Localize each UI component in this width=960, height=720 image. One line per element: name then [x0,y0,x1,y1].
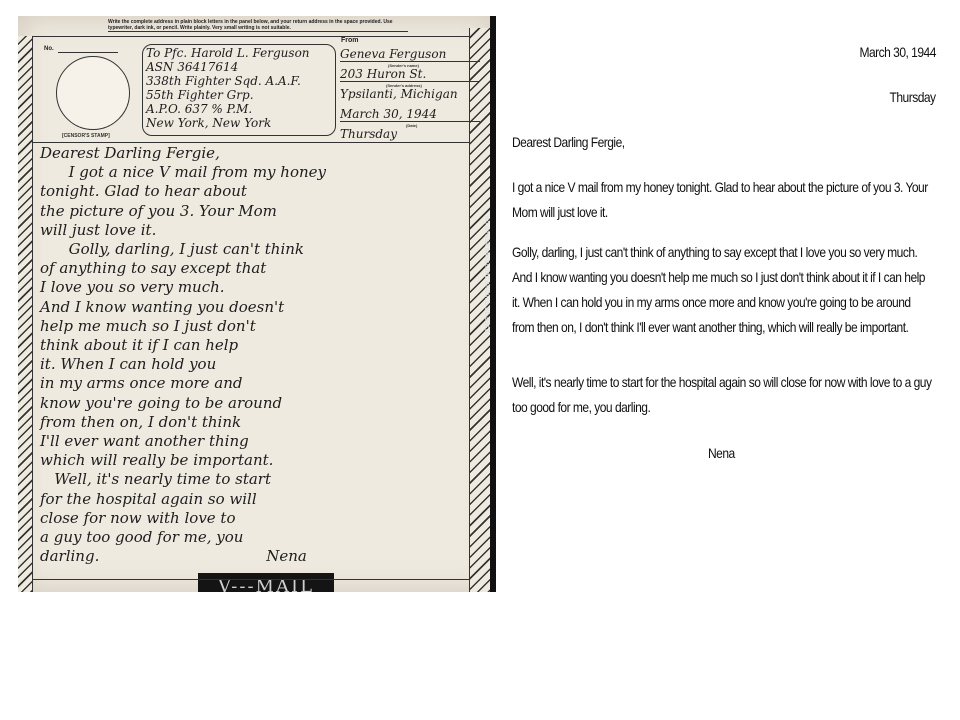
number-label: No. [44,46,54,52]
vmail-letter-scan: Write the complete address in plain bloc… [18,16,496,592]
letter-paragraph: I got a nice V mail from my honey tonigh… [512,175,932,225]
censor-stamp-circle [56,56,130,130]
from-label: From [341,37,359,44]
divider [32,142,470,143]
handwritten-letter-body: Dearest Darling Fergie, I got a nice V m… [40,144,326,566]
letter-signature: Nena [708,445,735,461]
letter-paragraph: Golly, darling, I just can't think of an… [512,240,932,340]
divider [32,579,470,580]
scan-edge [490,16,496,592]
letter-salutation: Dearest Darling Fergie, [512,134,625,150]
sender-address-line [340,81,480,82]
letter-weekday: Thursday [890,89,936,105]
hatched-border-left [18,36,33,592]
sender-address-caption: (Sender's address) [386,83,422,88]
letter-paragraph: Well, it's nearly time to start for the … [512,370,932,420]
letter-date: March 30, 1944 [860,44,936,60]
sender-name-caption: (Sender's name) [388,63,419,68]
divider [32,36,470,37]
vmail-badge: V---MAIL [198,573,334,592]
sender-block: Geneva Ferguson 203 Huron St. Ypsilanti,… [340,44,458,144]
date-caption: (Date) [406,123,417,128]
form-instructions: Write the complete address in plain bloc… [108,19,408,32]
side-notice: NO OTHER ENVELOPE SHOULD BE USED [483,216,489,333]
number-line [58,52,118,53]
sender-name-line [340,61,480,62]
censor-stamp-label: [CENSOR'S STAMP] [62,133,110,139]
date-line [340,121,480,122]
recipient-address: To Pfc. Harold L. Ferguson ASN 36417614 … [146,46,310,130]
